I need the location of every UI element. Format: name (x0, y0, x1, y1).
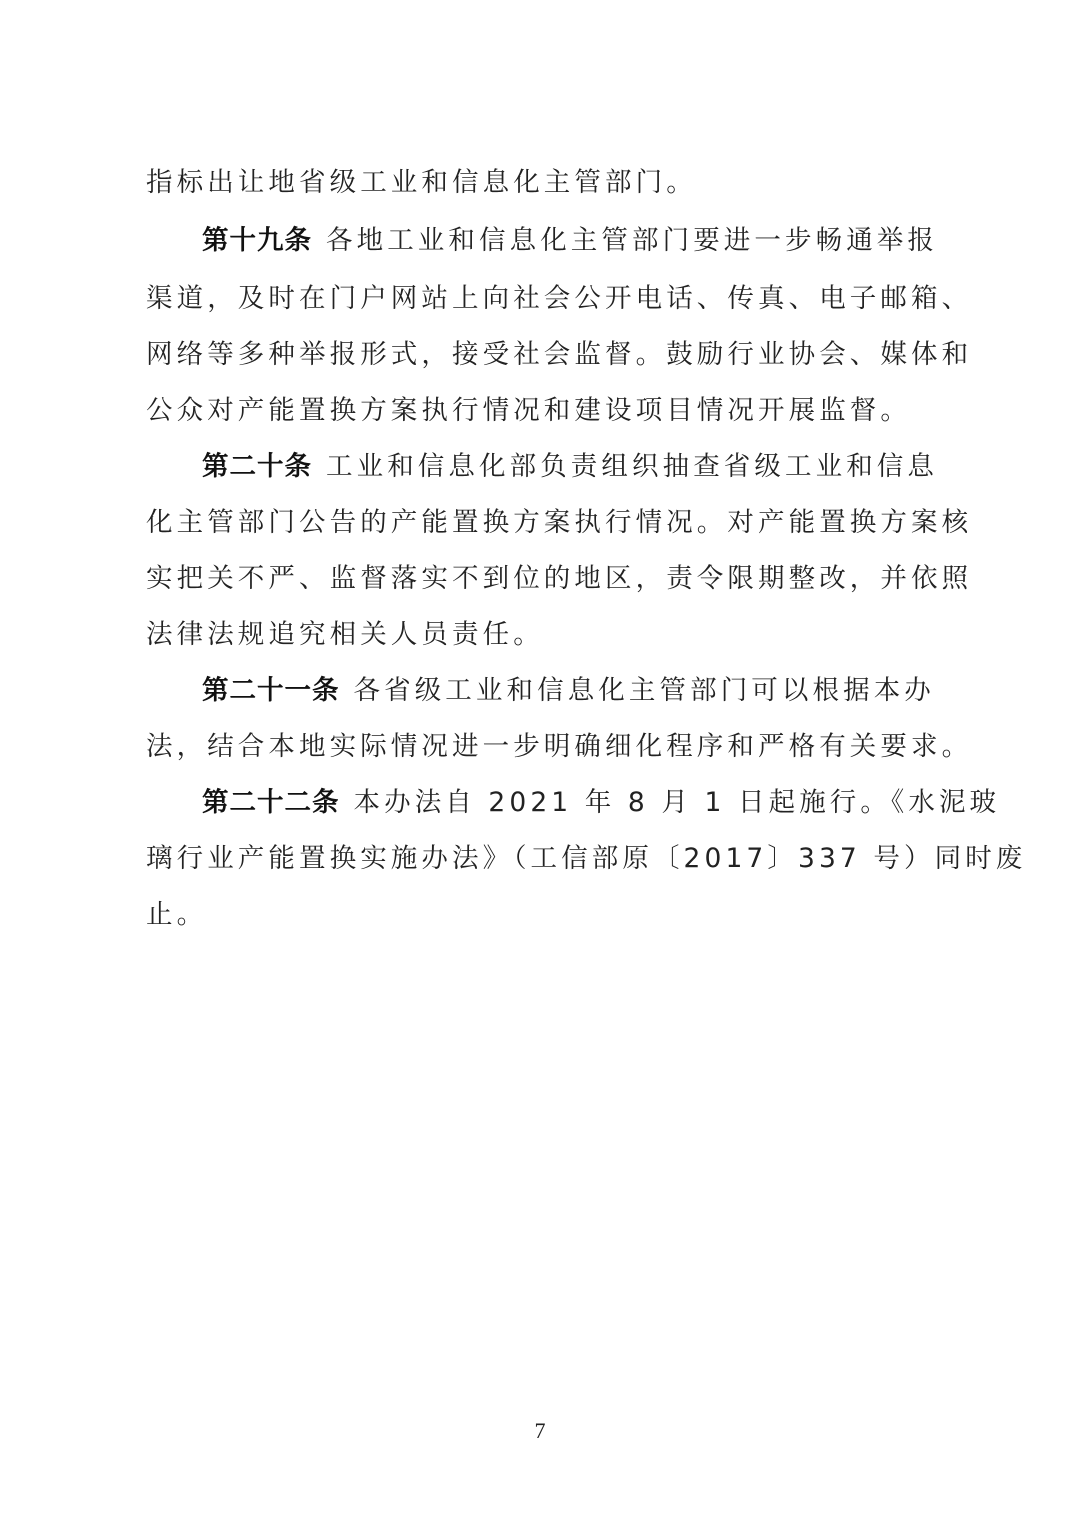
article-heading: 第二十条 (202, 451, 312, 482)
text-line: 法，结合本地实际情况进一步明确细化程序和严格有关要求。 (146, 732, 936, 762)
document-page: 指标出让地省级工业和信息化主管部门。 第十九条各地工业和信息化主管部门要进一步畅… (0, 0, 1080, 1526)
text-line: 实把关不严、监督落实不到位的地区，责令限期整改，并依照 (146, 564, 936, 594)
article-heading: 第二十一条 (202, 675, 340, 706)
article-heading: 第十九条 (202, 225, 312, 256)
text-line: 止。 (146, 900, 936, 930)
text-line: 公众对产能置换方案执行情况和建设项目情况开展监督。 (146, 396, 936, 426)
text-line: 指标出让地省级工业和信息化主管部门。 (146, 168, 936, 198)
page-number: 7 (0, 1418, 1080, 1444)
text-line: 化主管部门公告的产能置换方案执行情况。对产能置换方案核 (146, 508, 936, 538)
article-text: 工业和信息化部负责组织抽查省级工业和信息 (326, 451, 938, 482)
article-19-line-1: 第十九条各地工业和信息化主管部门要进一步畅通举报 (202, 226, 992, 256)
article-text: 各省级工业和信息化主管部门可以根据本办 (354, 675, 935, 706)
article-text: 各地工业和信息化主管部门要进一步畅通举报 (326, 225, 938, 256)
article-text: 本办法自 2021 年 8 月 1 日起施行。《水泥玻 (354, 787, 1001, 818)
text-line: 渠道，及时在门户网站上向社会公开电话、传真、电子邮箱、 (146, 284, 936, 314)
text-line: 法律法规追究相关人员责任。 (146, 620, 936, 650)
text-line: 璃行业产能置换实施办法》（工信部原〔2017〕337 号）同时废 (146, 844, 936, 874)
article-20-line-1: 第二十条工业和信息化部负责组织抽查省级工业和信息 (202, 452, 992, 482)
text-line: 网络等多种举报形式，接受社会监督。鼓励行业协会、媒体和 (146, 340, 936, 370)
article-heading: 第二十二条 (202, 787, 340, 818)
article-21-line-1: 第二十一条各省级工业和信息化主管部门可以根据本办 (202, 676, 992, 706)
article-22-line-1: 第二十二条本办法自 2021 年 8 月 1 日起施行。《水泥玻 (202, 788, 992, 818)
